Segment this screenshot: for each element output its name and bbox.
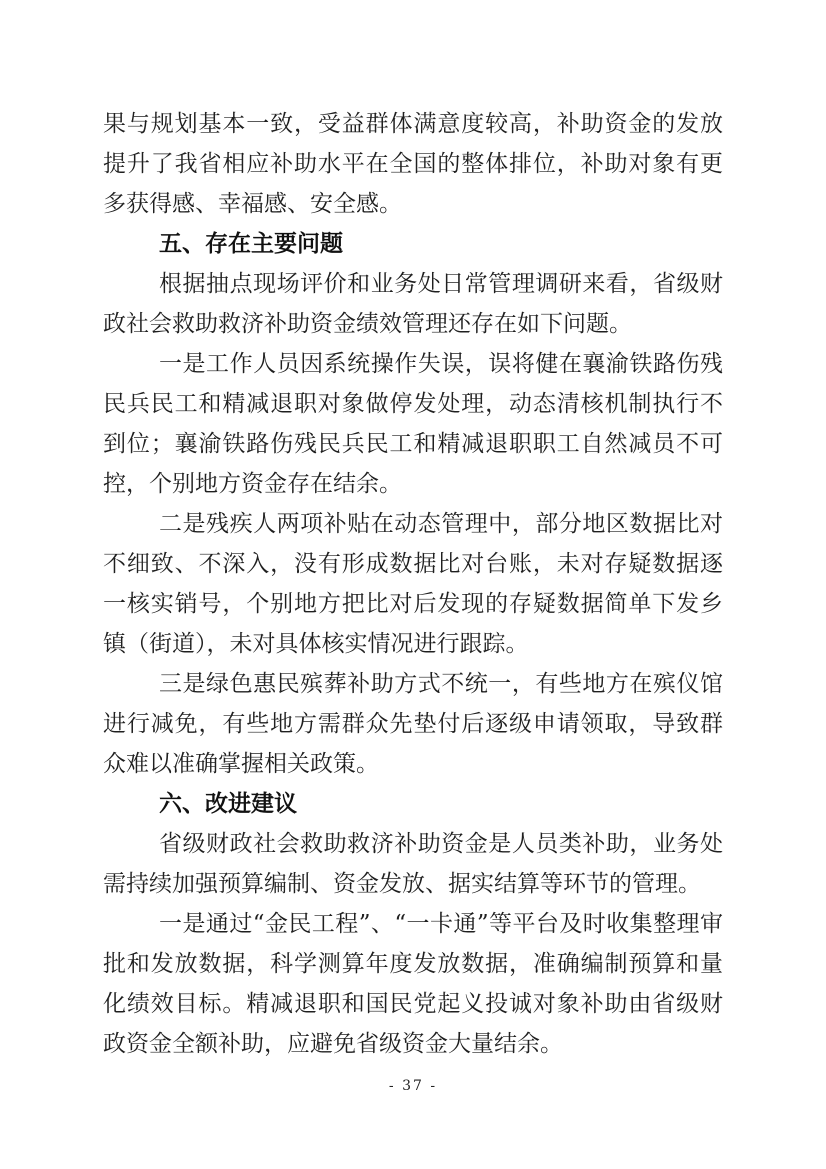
paragraph-problem-2: 二是残疾人两项补贴在动态管理中，部分地区数据比对不细致、不深入，没有形成数据比对…	[103, 504, 723, 664]
section-heading-problems: 五、存在主要问题	[103, 224, 723, 264]
document-body: 果与规划基本一致，受益群体满意度较高，补助资金的发放提升了我省相应补助水平在全国…	[103, 104, 723, 1064]
paragraph-problem-1: 一是工作人员因系统操作失误，误将健在襄渝铁路伤残民兵民工和精减退职对象做停发处理…	[103, 344, 723, 504]
paragraph-problem-3: 三是绿色惠民殡葬补助方式不统一，有些地方在殡仪馆进行减免，有些地方需群众先垫付后…	[103, 664, 723, 784]
page-number: - 37 -	[0, 1078, 826, 1094]
document-page: 果与规划基本一致，受益群体满意度较高，补助资金的发放提升了我省相应补助水平在全国…	[0, 0, 826, 1169]
paragraph-suggestion-1: 一是通过“金民工程”、“一卡通”等平台及时收集整理审批和发放数据，科学测算年度发…	[103, 904, 723, 1064]
paragraph-suggestions-intro: 省级财政社会救助救济补助资金是人员类补助，业务处需持续加强预算编制、资金发放、据…	[103, 824, 723, 904]
paragraph-problems-intro: 根据抽点现场评价和业务处日常管理调研来看，省级财政社会救助救济补助资金绩效管理还…	[103, 264, 723, 344]
section-heading-suggestions: 六、改进建议	[103, 784, 723, 824]
paragraph-continuation: 果与规划基本一致，受益群体满意度较高，补助资金的发放提升了我省相应补助水平在全国…	[103, 104, 723, 224]
